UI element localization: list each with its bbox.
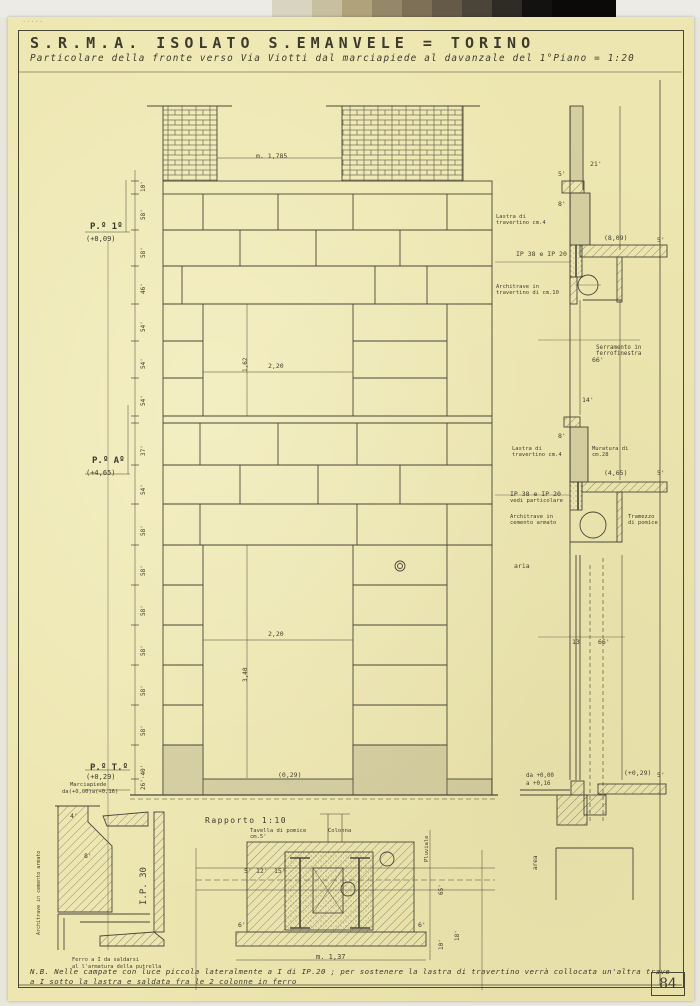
level-mezzanine: P.º Aº [92,456,125,466]
section-area-vertical: area [532,856,539,870]
dim-chain-item: 58' [140,209,147,220]
dim-chain-item: 54' [140,321,147,332]
section-aria-label: aria [514,562,530,570]
detail-left-dim-4: 4' [70,812,78,820]
section-ipn-mid-sub: vedi particolare [510,498,563,504]
drawing-linework [0,0,700,1006]
section-dim-13: 13 [572,638,580,646]
dim-chain-item: 26'·40' [140,765,147,790]
detail-left-ipn: I.P. 30 [139,867,149,905]
section-architrave-mid: Architrave in cemento armato [510,514,568,526]
door-sill-level: (0,29) [278,771,301,779]
dim-chain-item: 58' [140,685,147,696]
section-serramento: Serramento in ferrofinestra [596,345,660,357]
section-level-bottom: (+0,29) [624,769,651,777]
section-dim-21: 21' [590,160,602,168]
detail-dim-12: 12' [256,867,268,875]
dim-chain-item: 58' [140,525,147,536]
dim-chain-item: 10' [140,181,147,192]
detail-dim-6b: 6' [418,921,426,929]
section-dim-8b: 8' [558,432,566,440]
dim-window-height: 1,62 [242,358,249,372]
section-dim-66a: 66' [592,356,604,364]
detail-dim-5: 5' [244,867,252,875]
detail-dim-65: 65' [438,884,445,895]
detail-scale-title: Rapporto 1:10 [205,816,287,825]
dim-chain-item: 37' [140,445,147,456]
section-dim-5: 5' [558,170,566,178]
section-ipn-top: IP 38 e IP 20 [516,250,567,258]
dim-door-width: 2,20 [268,630,284,638]
section-ground-level-b: a +0,16 [526,781,550,787]
level-first-floor-value: (+8,09) [86,235,116,243]
sheet-number: 84 [651,972,685,996]
detail-dim-15: 15' [274,867,286,875]
detail-left-note-ferro: Ferro a I da saldarsi [72,957,139,963]
detail-width: m. 1,37 [316,953,346,961]
level-sidewalk: Marciapiede [70,782,106,788]
dim-chain-item: 46' [140,283,147,294]
section-dim-14: 14' [582,396,594,404]
detail-dim-10: 10' [438,939,445,950]
section-dim-5d: 5' [657,771,665,779]
section-muratura: Muratura di cm.28 [592,446,632,458]
dim-pier-gap: m. 1,785 [256,152,287,160]
footnote-line-1: N.B. Nelle campate con luce piccola late… [30,967,670,976]
section-ipn-mid: IP 38 e IP 20 [510,490,561,498]
detail-colonna: Colonna [328,828,351,834]
detail-left-architrave: Architrave in cemento armato [36,851,42,935]
section-level-mid: (4,65) [604,469,627,477]
level-ground-floor: P.º T.º [90,763,128,773]
dim-door-height: 3,40 [242,668,249,682]
level-mezzanine-value: (+4,65) [86,469,116,477]
detail-pluviale: Pluviale [424,836,430,863]
level-first-floor: P.º 1º [90,222,123,232]
section-ground-level-a: da +0,00 [526,773,554,779]
footnote-line-2: a I sotto la lastra e saldata fra le 2 c… [30,977,297,986]
dim-window-width: 2,20 [268,362,284,370]
detail-tavella: Tavella di pomice cm.5' [250,828,312,840]
section-dim-8: 8' [558,200,566,208]
dim-chain-item: 54' [140,358,147,369]
detail-dim-18: 18' [454,930,461,941]
section-tramezzo: Tramezzo di pomice [628,514,662,526]
dim-chain-item: 54' [140,484,147,495]
detail-left-dim-8: 8' [84,852,92,860]
dim-chain-item: 58' [140,247,147,258]
level-ground-floor-value: (+0,29) [86,773,116,781]
section-level-top: (8,09) [604,234,627,242]
dim-chain-item: 58' [140,565,147,576]
section-architrave-top: Architrave in travertino di cm.10 [496,284,568,296]
section-lastra-mid: Lastra di travertino cm.4 [512,446,568,458]
level-sidewalk-value: da(+0,00)a(+0,16) [62,789,118,795]
section-dim-5c: 5' [657,469,665,477]
detail-dim-6a: 6' [238,921,246,929]
dim-chain-item: 58' [140,605,147,616]
section-lastra-top: Lastra di travertino cm.4 [496,214,556,226]
section-dim-66b: 66' [598,638,610,646]
section-dim-5b: 5' [657,236,665,244]
dim-chain-item: 58' [140,725,147,736]
dim-chain-item: 54' [140,395,147,406]
dim-chain-item: 58' [140,645,147,656]
